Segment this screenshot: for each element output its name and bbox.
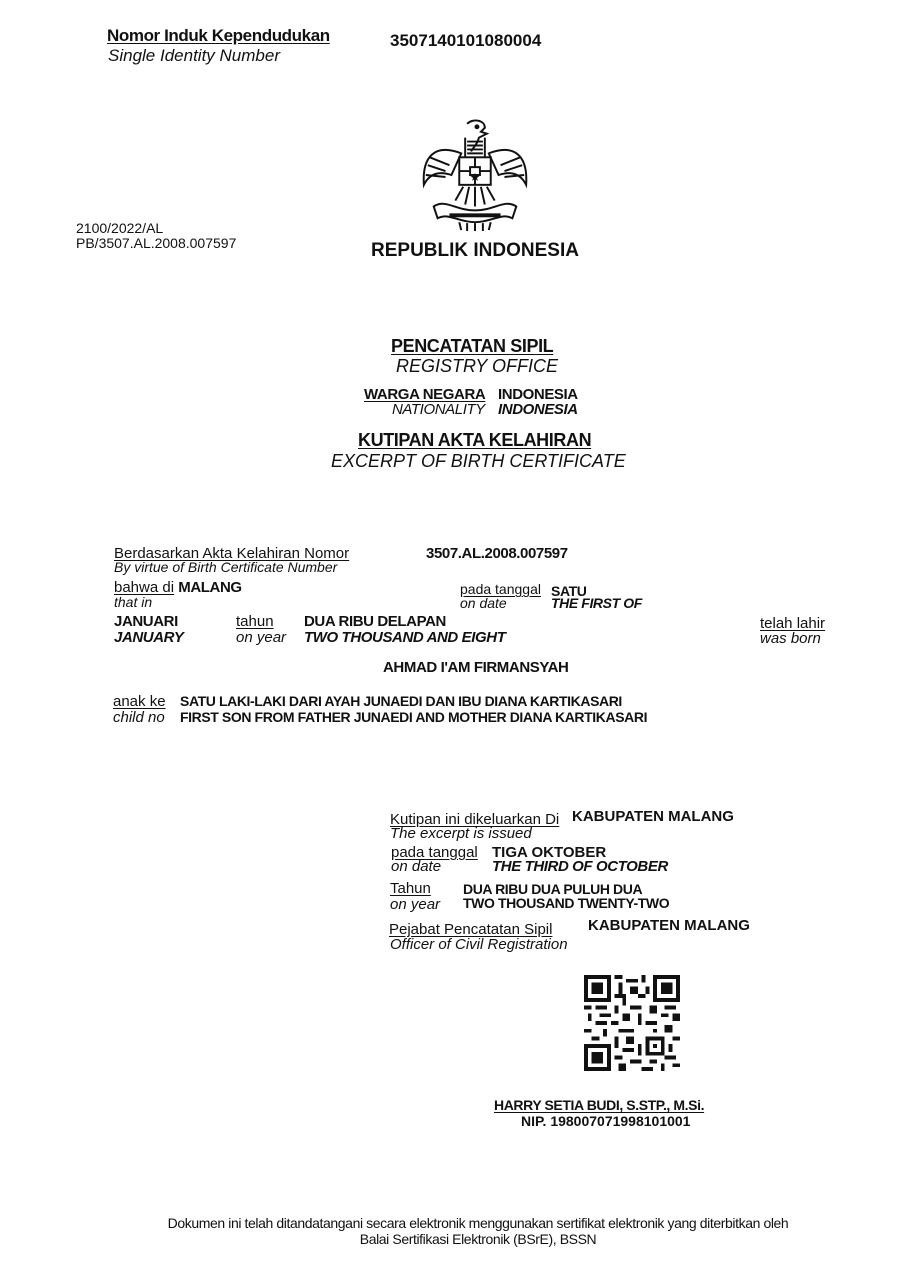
- officer-region: KABUPATEN MALANG: [588, 917, 750, 934]
- issued-place-label-en: The excerpt is issued: [390, 826, 532, 841]
- birth-date-value-en: THE FIRST OF: [551, 596, 642, 611]
- born-label: telah lahir: [760, 616, 825, 631]
- child-description-en: FIRST SON FROM FATHER JUNAEDI AND MOTHER…: [180, 710, 647, 725]
- nik-label: Nomor Induk Kependudukan: [107, 26, 330, 46]
- birth-month-en: JANUARY: [114, 630, 183, 645]
- birth-year-label: tahun: [236, 614, 274, 629]
- birth-date-label-en: on date: [460, 596, 507, 611]
- child-name: AHMAD I'AM FIRMANSYAH: [383, 659, 568, 676]
- officer-label: Pejabat Pencatatan Sipil: [389, 922, 552, 937]
- country-title: REPUBLIK INDONESIA: [371, 240, 579, 262]
- birth-month: JANUARI: [114, 614, 178, 629]
- child-number-label: anak ke: [113, 694, 166, 709]
- issued-date-value-en: THE THIRD OF OCTOBER: [492, 859, 668, 874]
- officer-nip: NIP. 198007071998101001: [521, 1113, 690, 1129]
- footer-line-1: Dokumen ini telah ditandatangani secara …: [0, 1215, 912, 1231]
- document-title-en: EXCERPT OF BIRTH CERTIFICATE: [331, 451, 626, 472]
- issued-year-value-en: TWO THOUSAND TWENTY-TWO: [463, 896, 669, 911]
- office-title: PENCATATAN SIPIL: [391, 336, 553, 357]
- cert-number-value: 3507.AL.2008.007597: [426, 545, 568, 562]
- reference-line-1: 2100/2022/AL: [76, 221, 163, 236]
- child-description: SATU LAKI-LAKI DARI AYAH JUNAEDI DAN IBU…: [180, 694, 622, 709]
- place-value: MALANG: [178, 579, 241, 596]
- birth-year-label-en: on year: [236, 630, 286, 645]
- garuda-emblem-icon: [416, 116, 534, 234]
- footer-line-2: Balai Sertifikasi Elektronik (BSrE), BSS…: [0, 1231, 912, 1247]
- office-title-en: REGISTRY OFFICE: [396, 356, 558, 377]
- qr-code-icon: [584, 975, 680, 1071]
- issued-place-value: KABUPATEN MALANG: [572, 808, 734, 825]
- child-number-label-en: child no: [113, 710, 165, 725]
- nationality-value-en: INDONESIA: [498, 401, 578, 418]
- issued-year-label: Tahun: [390, 881, 431, 896]
- officer-label-en: Officer of Civil Registration: [390, 937, 568, 952]
- birth-year-value-en: TWO THOUSAND AND EIGHT: [304, 630, 505, 645]
- issued-date-label-en: on date: [391, 859, 441, 874]
- birth-year-value: DUA RIBU DELAPAN: [304, 614, 446, 629]
- nik-value: 3507140101080004: [390, 31, 541, 51]
- issued-year-label-en: on year: [390, 897, 440, 912]
- reference-line-2: PB/3507.AL.2008.007597: [76, 236, 236, 251]
- officer-name: HARRY SETIA BUDI, S.STP., M.Si.: [494, 1097, 704, 1113]
- nationality-label-en: NATIONALITY: [392, 401, 485, 418]
- nik-label-en: Single Identity Number: [108, 46, 280, 66]
- cert-number-label-en: By virtue of Birth Certificate Number: [114, 560, 337, 575]
- born-label-en: was born: [760, 631, 821, 646]
- document-title: KUTIPAN AKTA KELAHIRAN: [358, 430, 591, 451]
- place-label-en: that in: [114, 595, 152, 610]
